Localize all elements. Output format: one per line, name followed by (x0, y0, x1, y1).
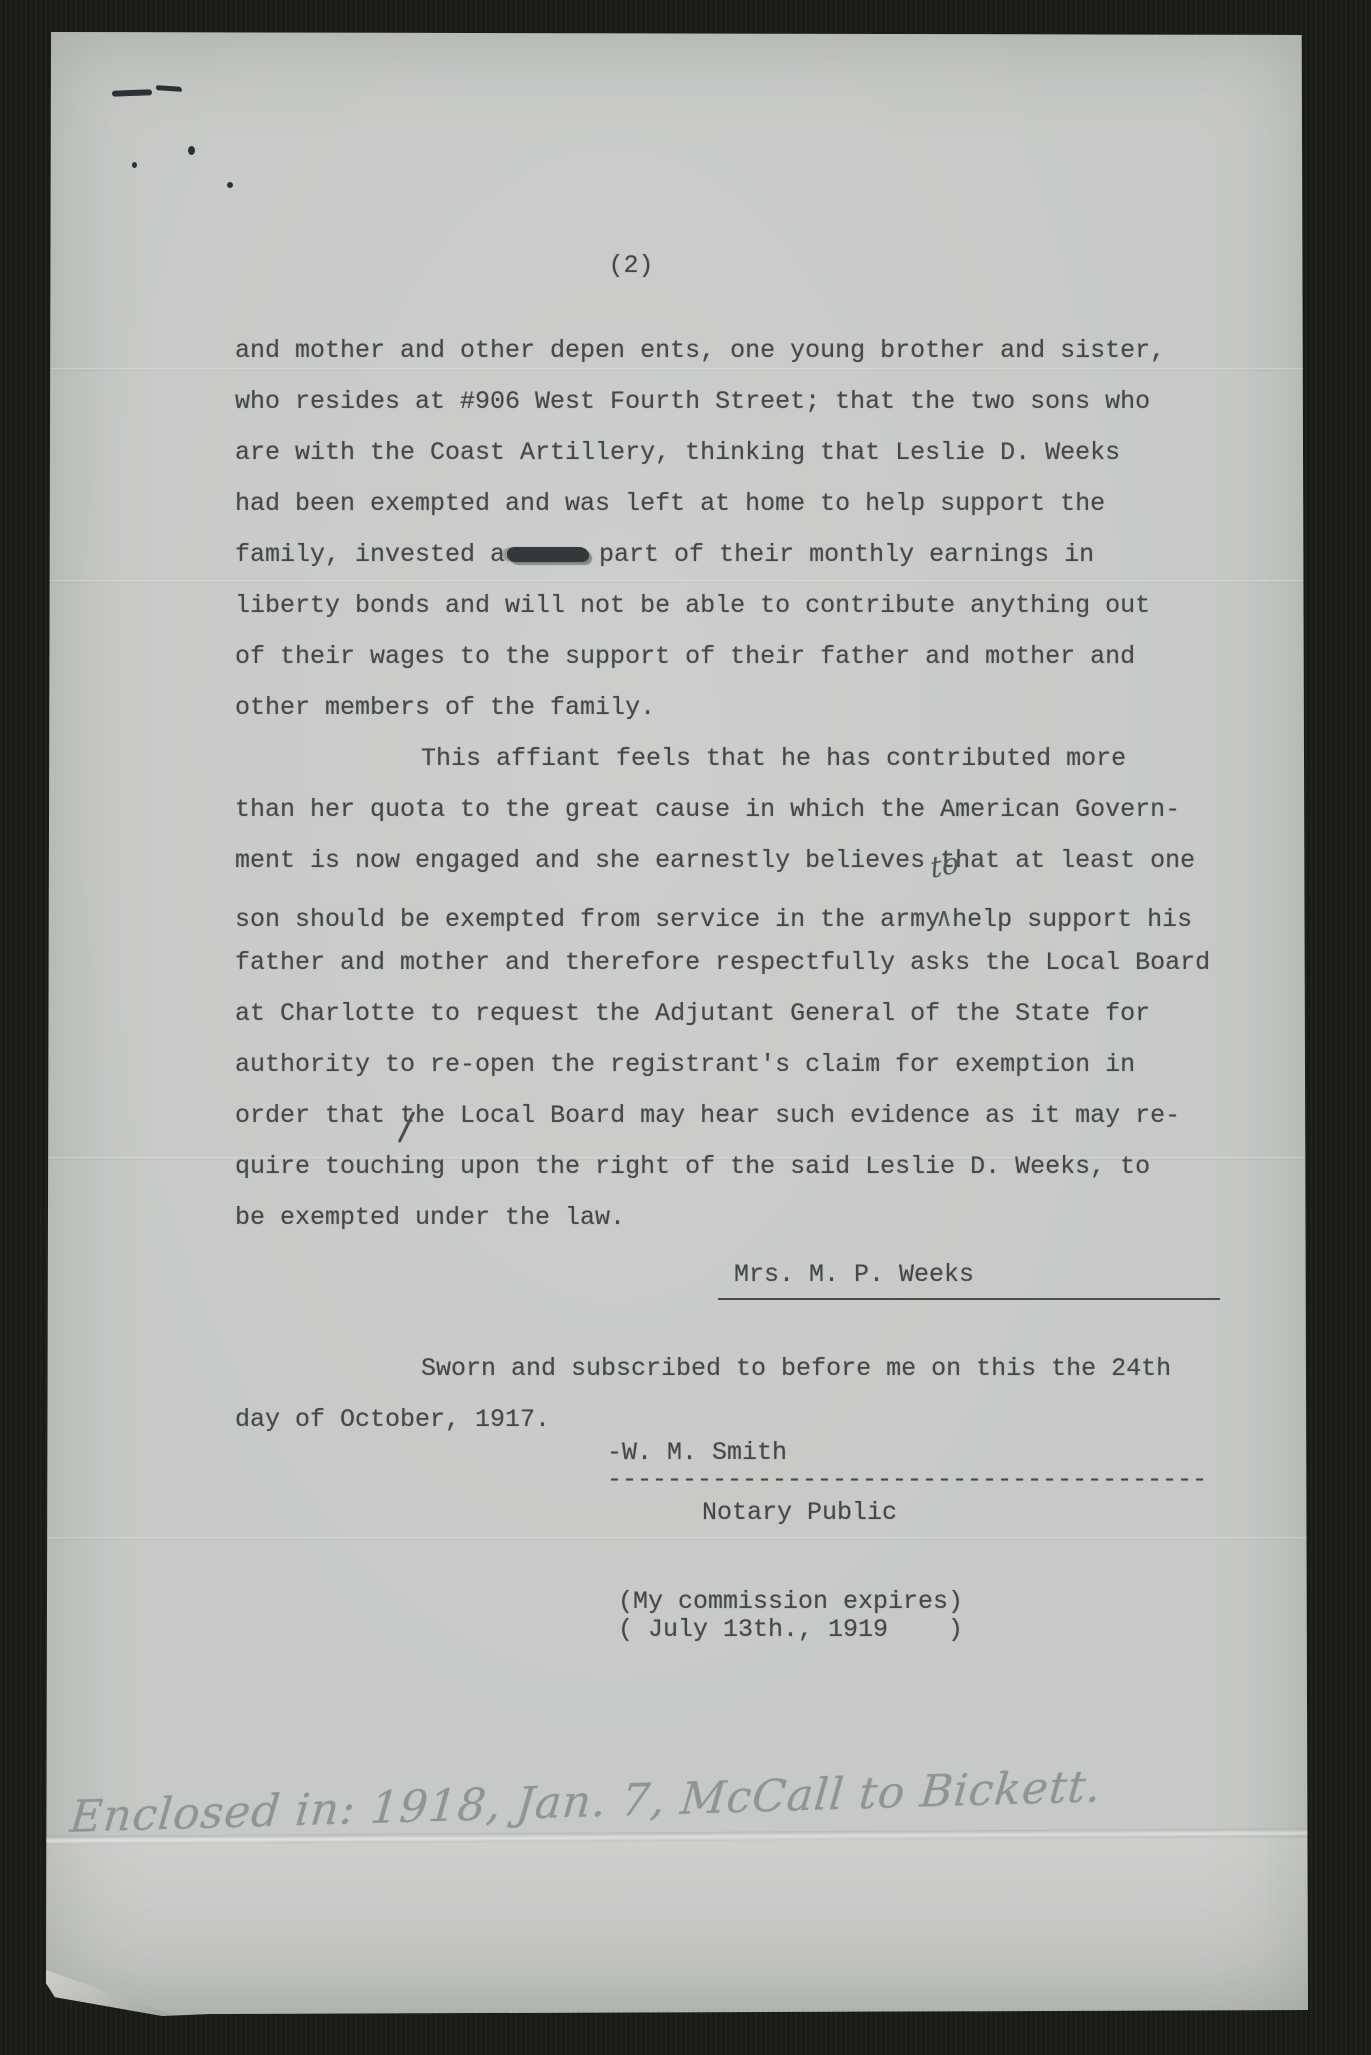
typed-line-with-insertion: son should be exempted from service in t… (235, 886, 1295, 937)
signature-rule: ---------------------------------------- (607, 1468, 1247, 1492)
typed-line: ment is now engaged and she earnestly be… (235, 835, 1295, 886)
stray-ink-mark (112, 89, 152, 96)
corrected-letter: t (400, 1090, 415, 1141)
typed-segment: he Local Board may hear such evidence as… (415, 1101, 1180, 1130)
typed-line: other members of the family. (235, 682, 1295, 733)
typed-segment: son should be exempted from service in t… (235, 905, 940, 934)
typed-line: who resides at #906 West Fourth Street; … (235, 376, 1295, 427)
notary-title: Notary Public (607, 1498, 1247, 1528)
body-text: and mother and other depen ents, one you… (235, 325, 1295, 1243)
typed-line: at Charlotte to request the Adjutant Gen… (235, 988, 1295, 1039)
paper-fold-shading (46, 1838, 1308, 2016)
typed-segment: order that (235, 1101, 400, 1130)
typed-segment: part of their monthly earnings in (599, 540, 1094, 569)
typed-line: than her quota to the great cause in whi… (235, 784, 1295, 835)
typed-line-with-correction: order that the Local Board may hear such… (235, 1090, 1295, 1141)
typed-line: had been exempted and was left at home t… (235, 478, 1295, 529)
stray-ink-speck (227, 182, 233, 188)
typed-line-with-blot: family, invested apart of their monthly … (235, 529, 1295, 580)
typed-line: liberty bonds and will not be able to co… (235, 580, 1295, 631)
caret-mark: ∧ (936, 906, 952, 932)
handwritten-word: to (929, 847, 961, 883)
typed-line: quire touching upon the right of the sai… (235, 1141, 1295, 1192)
typed-line: and mother and other depen ents, one you… (235, 325, 1295, 376)
paper-crease (46, 1537, 1308, 1540)
archival-handwritten-note: Enclosed in: 1918, Jan. 7, McCall to Bic… (68, 1762, 1072, 1843)
commission-line: (My commission expires) (618, 1588, 1138, 1616)
scanned-document: (2) and mother and other depen ents, one… (0, 0, 1371, 2055)
typed-line: be exempted under the law. (235, 1192, 1295, 1243)
typed-line: father and mother and therefore respectf… (235, 937, 1295, 988)
typed-line: authority to re-open the registrant's cl… (235, 1039, 1295, 1090)
commission-line: ( July 13th., 1919 ) (618, 1616, 1138, 1644)
ink-blot-redaction (507, 547, 589, 562)
typed-line: are with the Coast Artillery, thinking t… (235, 427, 1295, 478)
stray-ink-speck (188, 146, 195, 155)
handwritten-insertion: to∧ (940, 886, 952, 926)
typed-line: This affiant feels that he has contribut… (235, 733, 1295, 784)
typed-segment: help support his (952, 905, 1192, 934)
stray-ink-speck (132, 162, 137, 168)
typed-line: of their wages to the support of their f… (235, 631, 1295, 682)
notary-signature: -W. M. Smith (607, 1438, 1247, 1468)
stray-ink-mark (156, 85, 182, 92)
paper-sheet: (2) and mother and other depen ents, one… (46, 32, 1308, 2016)
sworn-statement: Sworn and subscribed to before me on thi… (235, 1343, 1255, 1445)
typed-line: Sworn and subscribed to before me on thi… (235, 1343, 1255, 1394)
commission-block: (My commission expires) ( July 13th., 19… (618, 1588, 1138, 1644)
affiant-signature: Mrs. M. P. Weeks (718, 1258, 1220, 1300)
typed-segment: family, invested a (235, 540, 505, 569)
folded-corner (46, 1970, 176, 2016)
page-number: (2) (566, 246, 696, 286)
notary-block: -W. M. Smith ---------------------------… (607, 1438, 1247, 1528)
